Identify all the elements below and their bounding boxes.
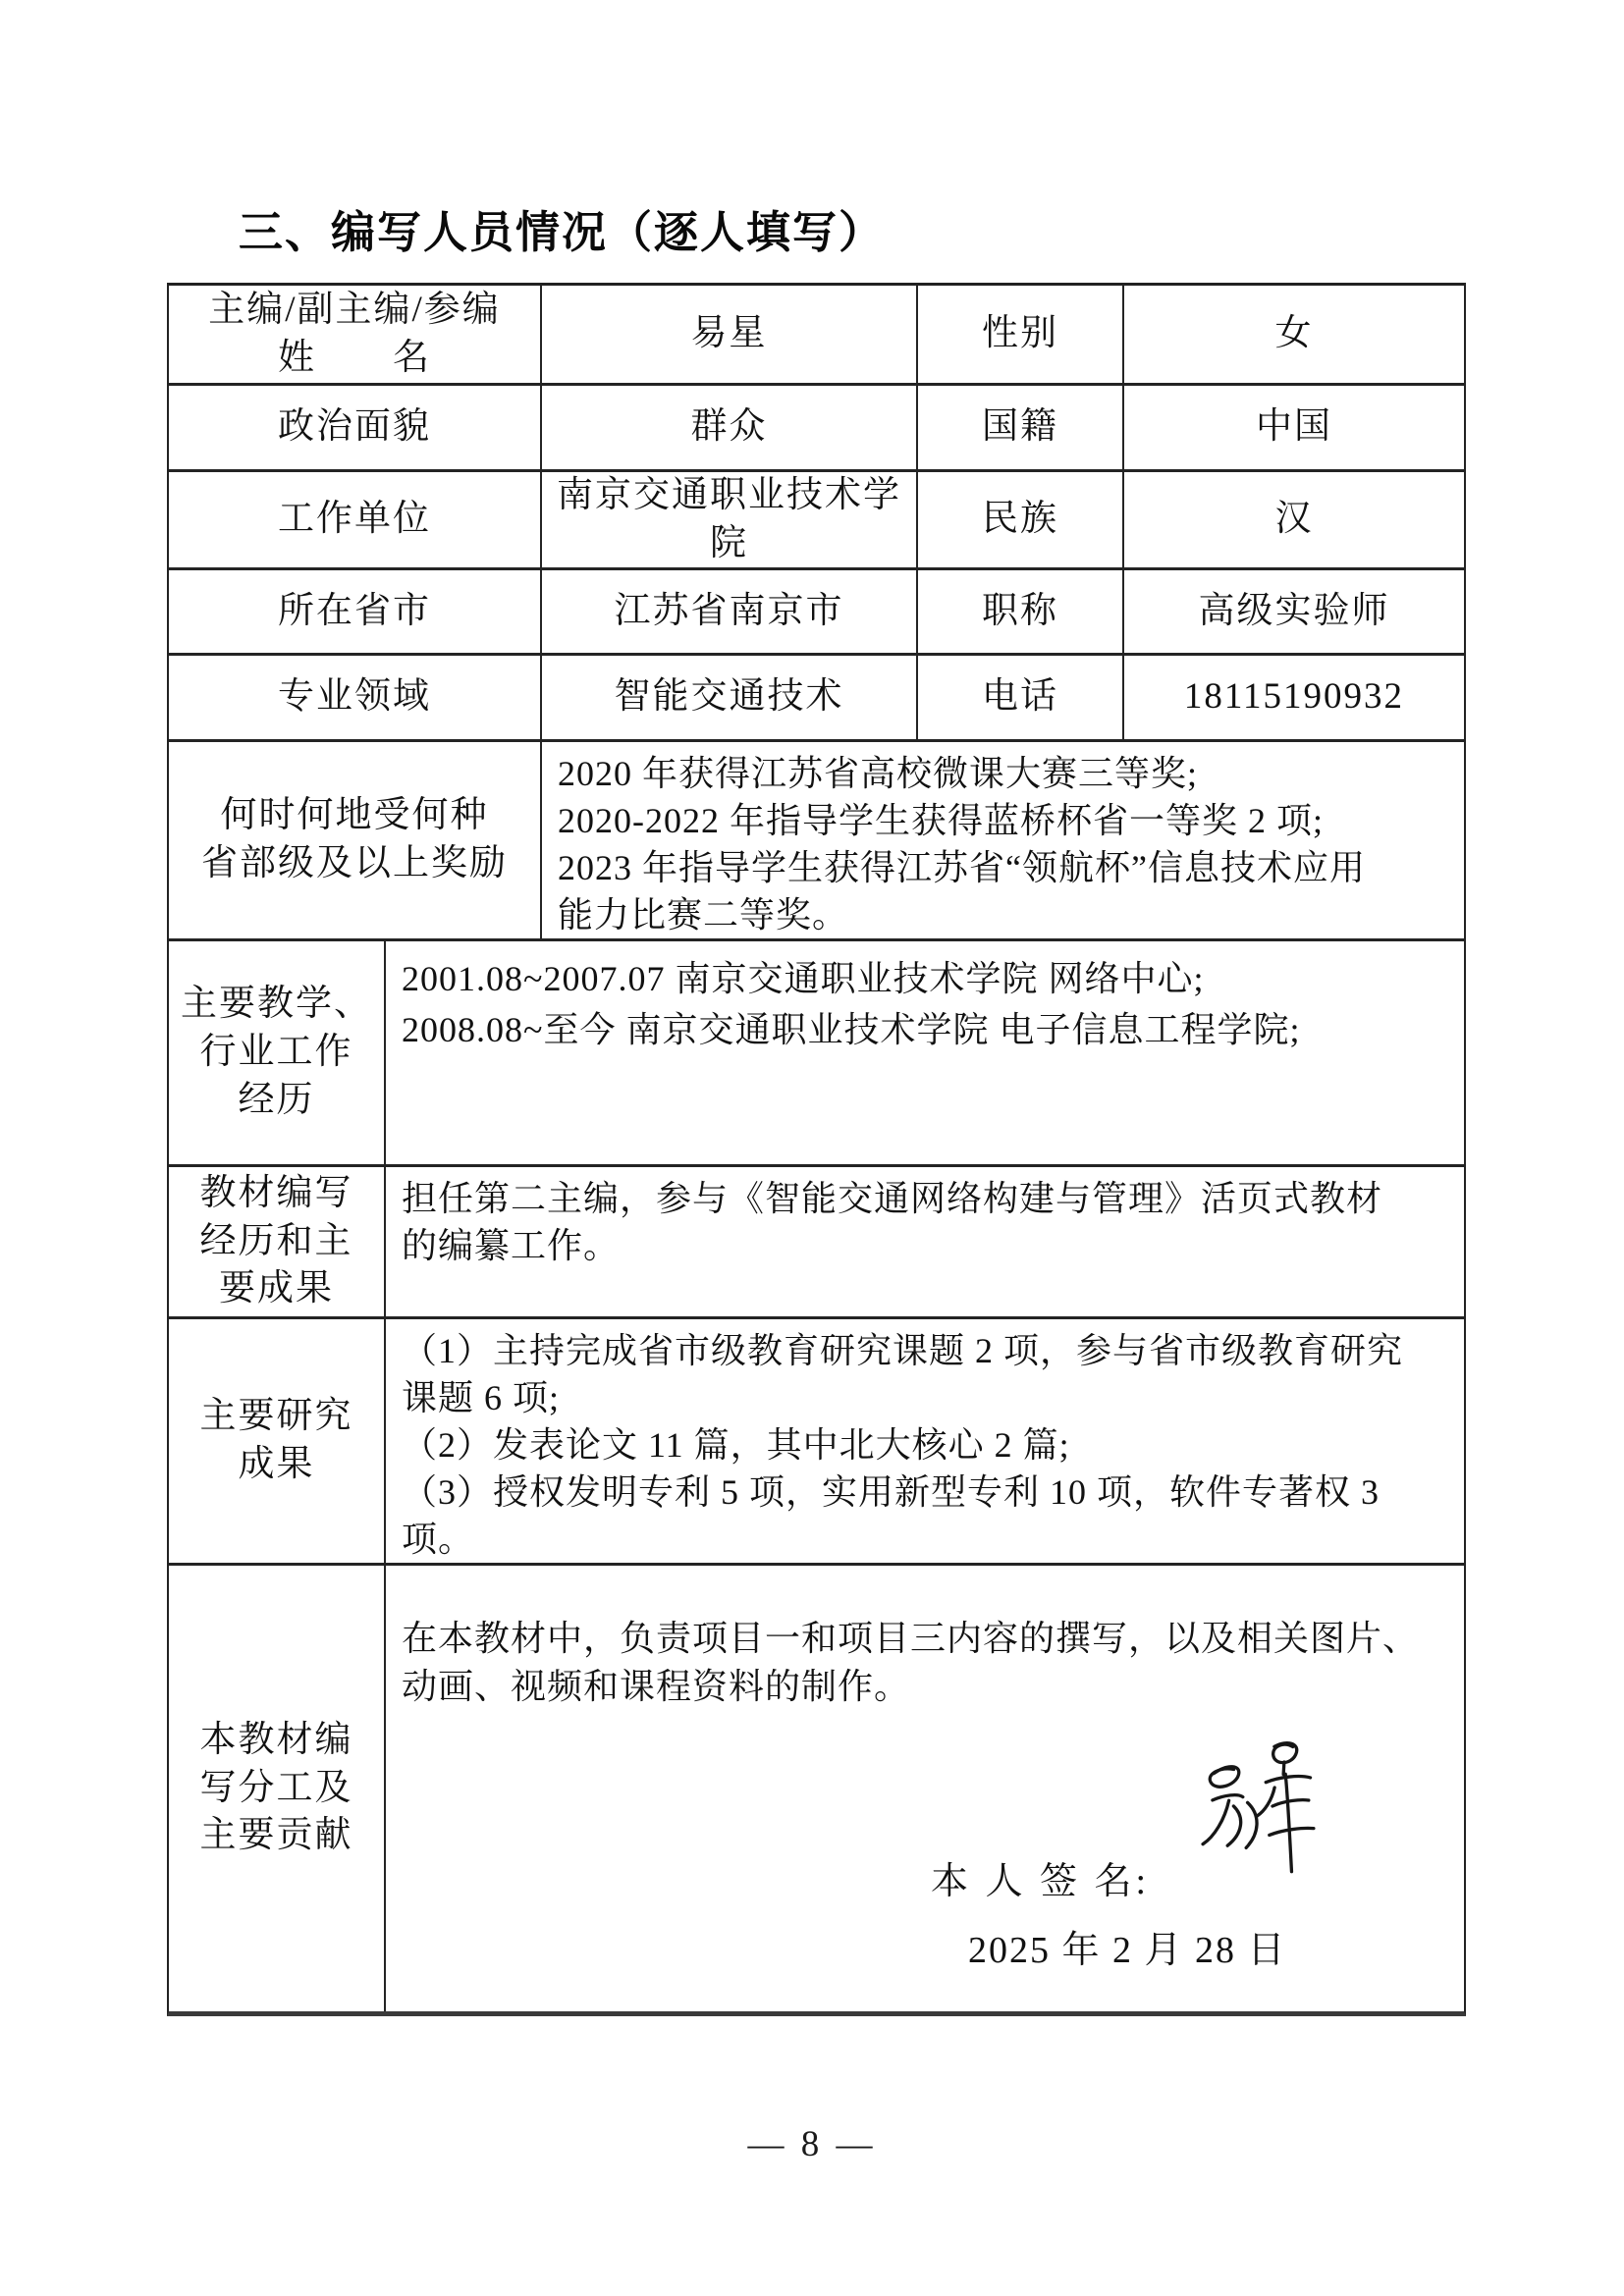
editor-info-table: 主编/副主编/参编 姓 名 易星 性别 女 政治面貌 群众 国籍 中国 工作单位… xyxy=(167,283,1466,2016)
label-work-unit: 工作单位 xyxy=(169,472,542,567)
label-province-city: 所在省市 xyxy=(169,570,542,653)
table-row-experience: 主要教学、 行业工作 经历 2001.08~2007.07 南京交通职业技术学院… xyxy=(169,941,1464,1167)
table-row-contribution: 本教材编 写分工及 主要贡献 在本教材中，负责项目一和项目三内容的撰写，以及相关… xyxy=(169,1566,1464,2011)
label-experience: 主要教学、 行业工作 经历 xyxy=(169,941,386,1164)
value-specialty: 智能交通技术 xyxy=(542,656,918,739)
table-row-work-unit: 工作单位 南京交通职业技术学院 民族 汉 xyxy=(169,472,1464,570)
table-row-province-city: 所在省市 江苏省南京市 职称 高级实验师 xyxy=(169,570,1464,656)
value-name: 易星 xyxy=(542,286,918,383)
label-ethnicity: 民族 xyxy=(918,472,1124,567)
value-gender: 女 xyxy=(1124,286,1464,383)
value-title-rank: 高级实验师 xyxy=(1124,570,1464,653)
value-political-status: 群众 xyxy=(542,386,918,469)
value-contribution: 在本教材中，负责项目一和项目三内容的撰写，以及相关图片、 动画、视频和课程资料的… xyxy=(386,1566,1464,2011)
label-textbook-experience: 教材编写 经历和主 要成果 xyxy=(169,1167,386,1316)
page-title: 三、编写人员情况（逐人填写） xyxy=(239,196,885,260)
value-nationality: 中国 xyxy=(1124,386,1464,469)
value-textbook-experience: 担任第二主编，参与《智能交通网络构建与管理》活页式教材 的编纂工作。 xyxy=(386,1167,1464,1316)
label-title-rank: 职称 xyxy=(918,570,1124,653)
table-row-research: 主要研究 成果 （1）主持完成省市级教育研究课题 2 项，参与省市级教育研究 课… xyxy=(169,1319,1464,1566)
label-awards: 何时何地受何种 省部级及以上奖励 xyxy=(169,742,542,938)
value-province-city: 江苏省南京市 xyxy=(542,570,918,653)
label-phone: 电话 xyxy=(918,656,1124,739)
label-gender: 性别 xyxy=(918,286,1124,383)
label-political-status: 政治面貌 xyxy=(169,386,542,469)
table-row-specialty: 专业领域 智能交通技术 电话 18115190932 xyxy=(169,656,1464,742)
value-ethnicity: 汉 xyxy=(1124,472,1464,567)
contribution-text: 在本教材中，负责项目一和项目三内容的撰写，以及相关图片、 动画、视频和课程资料的… xyxy=(386,1566,1464,1711)
label-editor-role-name: 主编/副主编/参编 姓 名 xyxy=(169,286,542,383)
signature-handwriting xyxy=(1181,1740,1338,1883)
label-contribution: 本教材编 写分工及 主要贡献 xyxy=(169,1566,386,2011)
value-work-unit: 南京交通职业技术学院 xyxy=(542,472,918,567)
table-row-political-status: 政治面貌 群众 国籍 中国 xyxy=(169,386,1464,472)
label-specialty: 专业领域 xyxy=(169,656,542,739)
value-phone: 18115190932 xyxy=(1124,656,1464,739)
signature-label: 本 人 签 名: xyxy=(931,1850,1150,1904)
label-nationality: 国籍 xyxy=(918,386,1124,469)
value-experience: 2001.08~2007.07 南京交通职业技术学院 网络中心; 2008.08… xyxy=(386,941,1464,1164)
value-research: （1）主持完成省市级教育研究课题 2 项，参与省市级教育研究 课题 6 项; （… xyxy=(386,1319,1464,1563)
signature-date: 2025 年 2 月 28 日 xyxy=(968,1919,1287,1973)
table-row-name: 主编/副主编/参编 姓 名 易星 性别 女 xyxy=(169,286,1464,386)
page-number: — 8 — xyxy=(0,2123,1624,2165)
table-row-textbook-experience: 教材编写 经历和主 要成果 担任第二主编，参与《智能交通网络构建与管理》活页式教… xyxy=(169,1167,1464,1319)
document-page: 三、编写人员情况（逐人填写） 主编/副主编/参编 姓 名 易星 性别 女 政治面… xyxy=(0,0,1624,2296)
table-row-awards: 何时何地受何种 省部级及以上奖励 2020 年获得江苏省高校微课大赛三等奖; 2… xyxy=(169,742,1464,941)
label-research: 主要研究 成果 xyxy=(169,1319,386,1563)
value-awards: 2020 年获得江苏省高校微课大赛三等奖; 2020-2022 年指导学生获得蓝… xyxy=(542,742,1464,938)
